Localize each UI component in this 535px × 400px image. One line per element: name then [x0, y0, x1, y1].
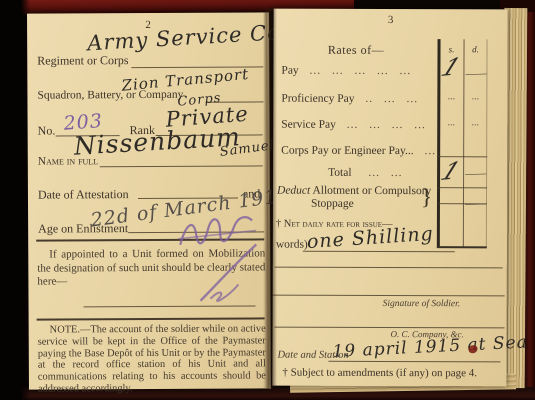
- proficiency-shillings-cell: ...: [439, 91, 463, 102]
- dot-leader: ...: [424, 145, 436, 157]
- rate-row-label: Pay: [281, 65, 298, 77]
- note-text: NOTE.—The account of the soldier while o…: [38, 323, 266, 395]
- number-label: No.: [38, 123, 56, 138]
- dot-leader: ... ... ... ... ...: [310, 65, 412, 77]
- rate-row-label: Service Pay: [281, 119, 336, 131]
- date-station-handwritten-value: 19 april 1915 at Sea: [332, 332, 528, 362]
- name-line: [100, 165, 263, 167]
- gutter-shadow: [263, 8, 277, 388]
- rate-row-label: Corps Pay or Engineer Pay...: [281, 145, 413, 157]
- regiment-label: Regiment or Corps: [37, 53, 128, 68]
- rate-row-label: Proficiency Pay: [281, 93, 354, 105]
- amendments-footnote: † Subject to amendments (if any) on page…: [282, 367, 477, 380]
- oc-line: [275, 327, 505, 329]
- service-shillings-cell: ...: [439, 117, 463, 128]
- service-pence-cell: ...: [464, 117, 486, 128]
- rate-row-pay: Pay ... ... ... ... ...: [281, 65, 437, 78]
- deduct-word: Deduct: [277, 185, 310, 197]
- right-page: 3 Rates of— s. d. Pay ... ... ... ... ..…: [272, 9, 507, 387]
- deduct-label-line1: Deduct Allotment or Compulsory: [277, 185, 431, 198]
- total-row: Total ... ...: [328, 167, 436, 179]
- dot-leader: ... ... ... ...: [347, 119, 426, 131]
- right-page-number: 3: [274, 14, 508, 27]
- rate-row-proficiency: Proficiency Pay .. ... ...: [281, 93, 437, 106]
- total-pence-dash: —: [464, 165, 486, 181]
- table-rule-bottom: [437, 246, 487, 248]
- signature-line: [273, 295, 505, 297]
- rate-row-corps-pay: Corps Pay or Engineer Pay... ...: [281, 145, 439, 158]
- left-page: 2 Regiment or Corps Army Service Corps S…: [27, 12, 271, 389]
- deduct-brace: }: [421, 184, 432, 210]
- total-label: Total: [328, 167, 352, 179]
- paybook-photo: 2 Regiment or Corps Army Service Corps S…: [0, 0, 535, 400]
- dot-leader: .. ... ...: [365, 93, 418, 105]
- table-sep-below-total: [437, 187, 487, 188]
- pence-dash-mark: —: [464, 195, 486, 212]
- blank-answer-line: [84, 305, 256, 307]
- pence-dash-mark: —: [464, 165, 486, 182]
- deduct-label-line2: Stoppage: [311, 198, 354, 210]
- in-words-label: words): [276, 239, 308, 251]
- pence-dash-mark: —: [464, 65, 486, 82]
- attestation-label: Date of Attestation: [38, 187, 129, 202]
- deduct-rest: Allotment or Compulsory: [310, 185, 431, 197]
- pay-pence-dash: —: [464, 65, 486, 81]
- purple-scribble-diagonal: [190, 240, 264, 304]
- deduct-pence-dash: —: [464, 195, 486, 211]
- rates-header: Rates of—: [273, 43, 438, 59]
- signature-caption: Signature of Soldier.: [383, 299, 461, 309]
- background-shadow: [0, 0, 30, 400]
- date-station-line: [328, 361, 500, 363]
- dot-leader: ... ...: [368, 167, 402, 179]
- section-rule-2: [37, 317, 265, 320]
- proficiency-pence-cell: ...: [464, 91, 486, 102]
- blank-line-1: [275, 267, 503, 269]
- squadron-handwritten-value: Zion Transport: [121, 65, 250, 95]
- rate-row-service: Service Pay ... ... ... ...: [281, 119, 437, 132]
